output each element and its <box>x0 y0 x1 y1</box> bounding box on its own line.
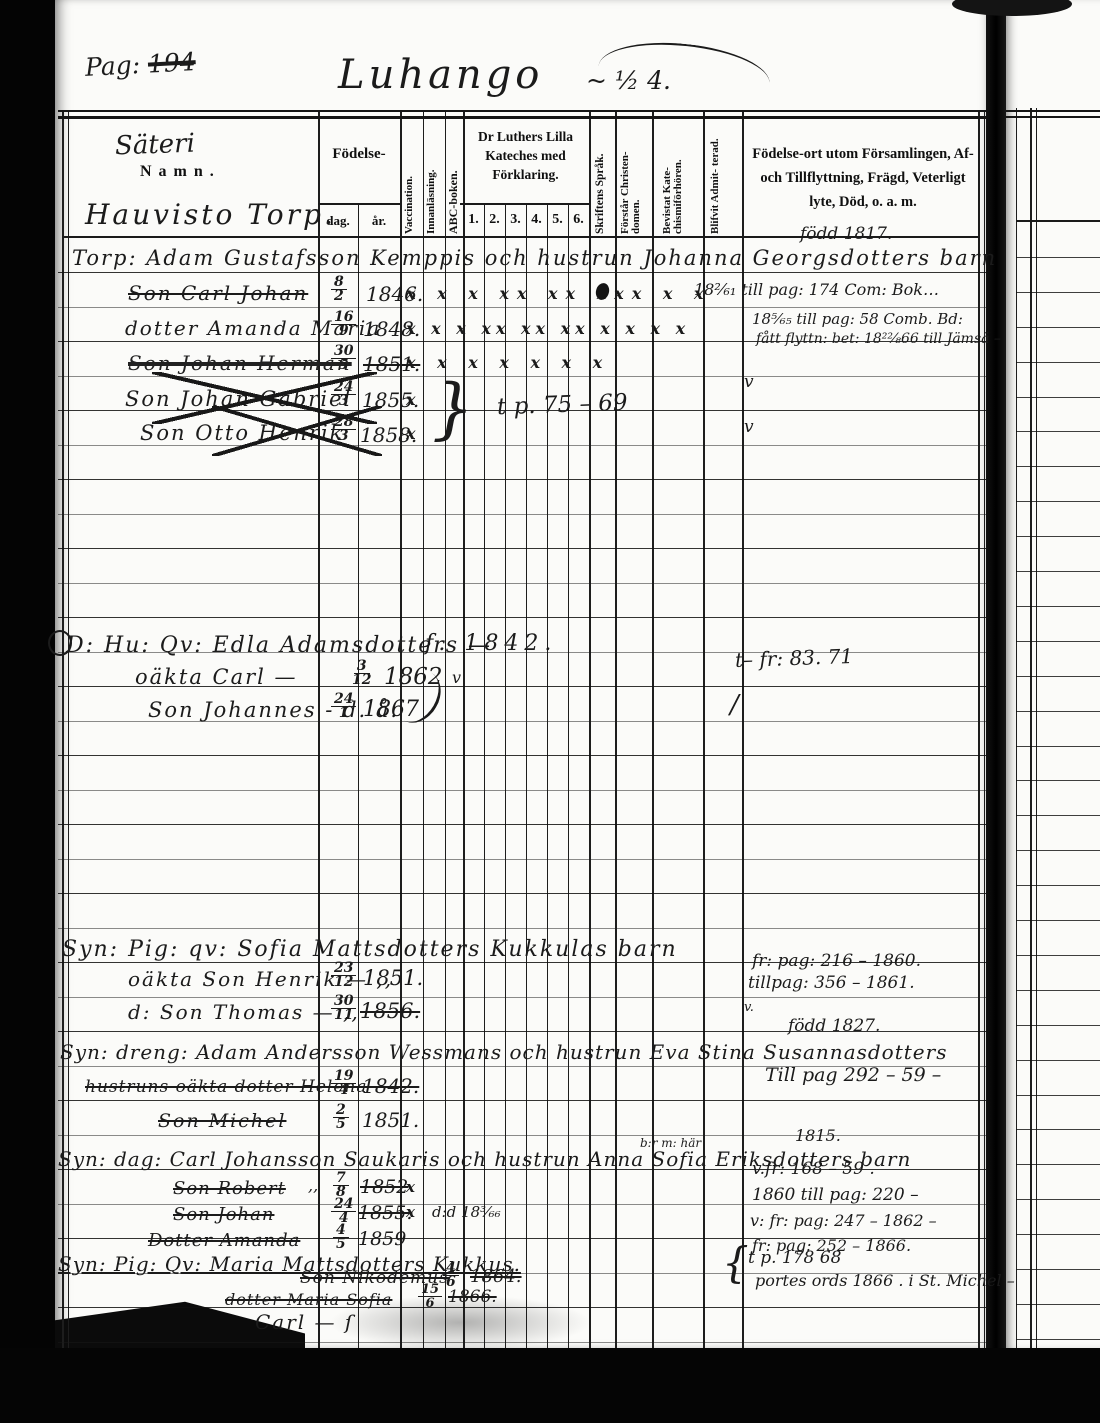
family-note: född 1817. <box>800 224 892 244</box>
grid-line <box>1016 746 1100 747</box>
grid-line <box>1016 885 1100 886</box>
admitted-mark: v. <box>744 1000 754 1015</box>
grid-line <box>58 617 986 618</box>
grid-line <box>1016 108 1017 1348</box>
entry-year: f. 1842. <box>425 631 557 656</box>
entry-name: Son Johannes - d. å. <box>148 698 399 722</box>
grid-line <box>1016 641 1100 642</box>
entry-name: Son Carl Johan <box>128 281 308 305</box>
family-note: 1815. <box>795 1126 841 1145</box>
entry-birthdate: 25 <box>333 1104 349 1131</box>
entry-year: 1859 <box>358 1228 406 1250</box>
grid-line <box>1016 501 1100 502</box>
entry-note: tillpag: 356 – 1861. <box>748 973 915 993</box>
entry-name: Son Robert <box>173 1178 286 1199</box>
grid-line <box>1016 990 1100 991</box>
grid-line <box>1016 1339 1100 1340</box>
grid-line <box>58 790 986 791</box>
entry-name: Dotter Amanda <box>148 1230 300 1251</box>
facing-page-sliver <box>1006 0 1100 1348</box>
entry-birthdate: 305 <box>331 345 356 372</box>
grid-line <box>58 928 986 929</box>
grid-line <box>1016 1304 1100 1305</box>
entry-birthdate: 156 <box>418 1283 442 1310</box>
entry-birthdate: 244 <box>331 1198 356 1225</box>
entry-marks: x x x xx xx xx x x x x <box>406 319 690 338</box>
grid-line <box>58 445 986 446</box>
column-header-birth-year: år. <box>358 213 400 229</box>
column-header-birthplace: Födelse-ort utom Församlingen, Af- och T… <box>748 142 978 214</box>
entry-note: t– fr: 83. 71 <box>735 644 854 672</box>
entry-note: v.fr: 168 – 59 . <box>752 1159 875 1179</box>
section-title: Hauvisto Torp. <box>85 198 336 231</box>
family-header-row: Torp: Adam Gustafsson Kemppis och hustru… <box>72 246 997 270</box>
scanned-parish-register: Pag: 194 Luhango ~ ½ 4. Säteri Namn. Föd… <box>0 0 1100 1423</box>
marginal-superscript: b:r m: här <box>640 1136 701 1150</box>
column-header-admitted: Blifvit Admit- terad. <box>710 120 736 234</box>
catechism-subcol-4: 4. <box>526 212 547 228</box>
admitted-mark: ∕ <box>730 690 739 720</box>
grid-line <box>1016 920 1100 921</box>
entry-name: d: Son Thomas — ,, <box>128 1000 360 1024</box>
grid-line <box>58 548 986 549</box>
catechism-subcol-2: 2. <box>484 212 505 228</box>
grid-line <box>1016 292 1100 293</box>
brace: } <box>432 370 474 447</box>
grid-line <box>1016 780 1100 781</box>
grid-line <box>1036 108 1037 1348</box>
entry-birthdate: 78 <box>333 1172 349 1199</box>
entry-note: 18⁵⁄₆₅ till pag: 58 Comb. Bd: <box>752 310 963 328</box>
entry-birthdate: 46 <box>443 1262 459 1289</box>
grid-line <box>1016 1060 1100 1061</box>
grid-line <box>58 1135 986 1136</box>
column-header-birth: Födelse- <box>318 146 400 163</box>
grid-line <box>58 479 986 480</box>
entry-name: oäkta Carl — <box>135 665 298 689</box>
entry-year: 1866. <box>448 1287 497 1307</box>
entry-note: portes ords 1866 . i St. Michel – <box>755 1271 1015 1290</box>
grid-line <box>58 824 986 825</box>
grid-line <box>1006 116 1100 118</box>
page-number: Pag: 194 <box>84 47 196 82</box>
grid-line <box>1016 1199 1100 1200</box>
grid-line <box>58 755 986 756</box>
grid-line <box>1016 815 1100 816</box>
grid-line <box>58 893 986 894</box>
grid-line <box>58 1342 986 1343</box>
entry-birthdate: 45 <box>333 1224 349 1251</box>
death-note: d:d 18³⁄₆₆ <box>432 1203 501 1221</box>
grid-line <box>58 1307 986 1308</box>
transfer-note: t p. 75 – 69 <box>497 390 628 421</box>
admitted-mark: v <box>452 668 461 687</box>
entry-year: 1856. <box>360 999 420 1023</box>
grid-line <box>58 997 986 998</box>
entry-year: 1852 <box>360 1176 408 1198</box>
entry-marks: x <box>406 1178 423 1196</box>
grid-line <box>1016 850 1100 851</box>
column-header-scripture: Skriftens Språk. <box>595 120 606 234</box>
grid-line <box>460 203 589 205</box>
grid-line <box>58 307 986 308</box>
family-note-2: Till pag 292 – 59 – <box>765 1064 941 1086</box>
catechism-subcol-5: 5. <box>547 212 568 228</box>
entry-year: 1851. <box>362 1108 419 1132</box>
grid-line <box>1016 362 1100 363</box>
entry-year: 1851. <box>363 966 423 990</box>
estate-handwritten: Säteri <box>115 129 196 162</box>
ditto-mark: ,, <box>308 1176 318 1195</box>
book-gutter <box>986 0 1006 1348</box>
column-header-catechism: Dr Luthers Lilla Kateches med Förklaring… <box>462 127 589 184</box>
grid-line <box>1016 397 1100 398</box>
entry-year: 1867 <box>363 697 419 722</box>
brace: { <box>722 1238 749 1287</box>
entry-name: dotter Maria Sofia <box>225 1290 392 1309</box>
grid-line <box>1016 1129 1100 1130</box>
entry-birthdate: 169 <box>331 311 356 338</box>
grid-line <box>58 859 986 860</box>
grid-line <box>1016 431 1100 432</box>
grid-line <box>1016 606 1100 607</box>
page-number-label: Pag: <box>84 50 140 82</box>
entry-birthdate: 3011 <box>331 995 356 1022</box>
catechism-subcol-6: 6. <box>568 212 589 228</box>
grid-line <box>1016 1269 1100 1270</box>
entry-birthdate: 2312 <box>331 962 356 989</box>
admitted-mark: v <box>744 372 754 392</box>
entry-name: hustruns oäkta dotter Helena <box>85 1077 368 1097</box>
column-header-vaccination: Vaccination. <box>404 120 415 234</box>
column-header-attended: Bevistat Kate- chismiförhören. <box>662 120 690 234</box>
grid-line <box>1016 257 1100 258</box>
bottom-scan-edge <box>0 1348 1100 1423</box>
grid-line <box>58 1100 986 1101</box>
entry-birthdate: 312 <box>352 660 371 687</box>
grid-line <box>1016 466 1100 467</box>
page-title: Luhango <box>338 52 543 98</box>
family-header-row: Syn: dreng: Adam Andersson Wessmans och … <box>60 1040 947 1064</box>
entry-year: 1842. <box>362 1074 419 1098</box>
entry-marks: x <box>406 390 424 409</box>
grid-line <box>1016 571 1100 572</box>
entry-year: 1864. <box>470 1266 522 1287</box>
grid-line <box>984 112 985 1348</box>
entry-marks: x x x xx xx xxx x x <box>406 284 711 303</box>
grid-line <box>1006 110 1100 112</box>
column-header-understands: Förstår Christen- domen. <box>620 120 646 234</box>
grid-line <box>1030 108 1032 1348</box>
grid-line <box>58 116 986 119</box>
entry-note: 18²⁄₆₁ till pag: 174 Com: Bok… <box>694 280 939 299</box>
grid-line <box>1016 327 1100 328</box>
entry-note: 1860 till pag: 220 – <box>752 1185 919 1205</box>
grid-line <box>58 110 986 112</box>
entry-name: Son Michel <box>158 1110 286 1132</box>
entry-note: v: fr: pag: 247 – 1862 – <box>750 1211 937 1230</box>
entry-note-2: fått flyttn: bet: 18²²⁄₈66 till Jämsä – <box>756 331 1001 347</box>
grid-line <box>1016 711 1100 712</box>
column-header-name: Namn. <box>140 163 221 181</box>
entry-name: Carl — ſ <box>255 1310 354 1334</box>
grid-line <box>58 514 986 515</box>
page-number-value: 194 <box>147 47 196 78</box>
entry-birthdate: 194 <box>331 1070 356 1097</box>
entry-birthdate: 82 <box>331 276 347 303</box>
family-header-row: Syn: Pig: qv: Sofia Mattsdotters Kukkula… <box>62 937 678 962</box>
cancellation-x <box>212 406 382 456</box>
grid-line <box>58 583 986 584</box>
catechism-subcol-3: 3. <box>505 212 526 228</box>
grid-line <box>1016 676 1100 677</box>
family-note: född 1827. <box>788 1016 880 1036</box>
entry-year: 1855. <box>358 1202 412 1224</box>
entry-name: Son Johan <box>173 1204 274 1225</box>
grid-line <box>1016 1095 1100 1096</box>
grid-line <box>978 112 980 1348</box>
grid-line <box>1016 1164 1100 1165</box>
grid-line <box>1016 1025 1100 1026</box>
catechism-subcol-1: 1. <box>463 212 484 228</box>
grid-line <box>1016 220 1100 222</box>
entry-note: fr: pag: 216 – 1860. <box>752 951 921 971</box>
grid-line <box>1016 1234 1100 1235</box>
entry-birthdate: 241 <box>331 693 356 720</box>
entry-note: t p. 178 68 <box>748 1248 841 1268</box>
entry-marks: x <box>406 424 424 443</box>
admitted-mark: v <box>744 417 754 437</box>
grid-line <box>1016 536 1100 537</box>
grid-line <box>58 272 986 273</box>
column-header-reading: Innanläsning. <box>426 120 437 234</box>
entry-marks: x <box>406 1203 423 1221</box>
grid-line <box>1016 955 1100 956</box>
column-header-abc: ABC-boken. <box>448 120 459 234</box>
